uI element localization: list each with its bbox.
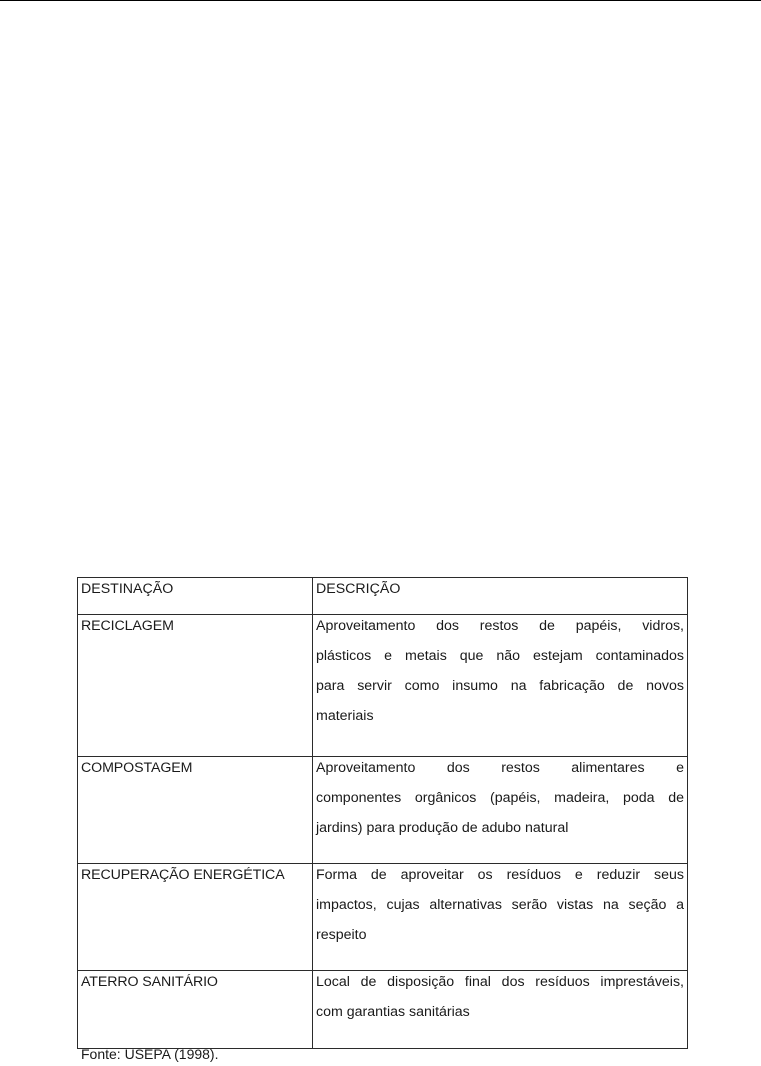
header-destination: DESTINAÇÃO (78, 578, 313, 615)
description-line: Local de disposição final dos resíduos i… (316, 971, 684, 1001)
description-line: materiais (316, 705, 684, 735)
description-cell: Aproveitamento dos restos de papéis, vid… (313, 615, 688, 757)
table-header-row: DESTINAÇÃO DESCRIÇÃO (78, 578, 688, 615)
table-row: RECUPERAÇÃO ENERGÉTICA Forma de aproveit… (78, 864, 688, 971)
description-line: com garantias sanitárias (316, 1001, 684, 1031)
description-line: Forma de aproveitar os resíduos e reduzi… (316, 864, 684, 894)
description-line: impactos, cujas alternativas serão vista… (316, 894, 684, 924)
header-description: DESCRIÇÃO (313, 578, 688, 615)
description-cell: Aproveitamento dos restos alimentares e … (313, 757, 688, 864)
table-source-note: Fonte: USEPA (1998). (81, 1044, 218, 1064)
description-line: plásticos e metais que não estejam conta… (316, 645, 684, 675)
destination-cell: ATERRO SANITÁRIO (78, 971, 313, 1049)
destination-table-container: DESTINAÇÃO DESCRIÇÃO RECICLAGEM Aproveit… (77, 577, 687, 1049)
description-line: respeito (316, 924, 684, 954)
description-line: jardins) para produção de adubo natural (316, 817, 684, 847)
description-line: Aproveitamento dos restos de papéis, vid… (316, 615, 684, 645)
description-line: para servir como insumo na fabricação de… (316, 675, 684, 705)
table-row: COMPOSTAGEM Aproveitamento dos restos al… (78, 757, 688, 864)
destination-cell: COMPOSTAGEM (78, 757, 313, 864)
destination-table: DESTINAÇÃO DESCRIÇÃO RECICLAGEM Aproveit… (77, 577, 688, 1049)
description-line: Aproveitamento dos restos alimentares e (316, 757, 684, 787)
description-line: componentes orgânicos (papéis, madeira, … (316, 787, 684, 817)
description-cell: Forma de aproveitar os resíduos e reduzi… (313, 864, 688, 971)
destination-cell: RECUPERAÇÃO ENERGÉTICA (78, 864, 313, 971)
page-top-border (0, 0, 761, 1)
description-cell: Local de disposição final dos resíduos i… (313, 971, 688, 1049)
destination-cell: RECICLAGEM (78, 615, 313, 757)
table-row: ATERRO SANITÁRIO Local de disposição fin… (78, 971, 688, 1049)
table-row: RECICLAGEM Aproveitamento dos restos de … (78, 615, 688, 757)
